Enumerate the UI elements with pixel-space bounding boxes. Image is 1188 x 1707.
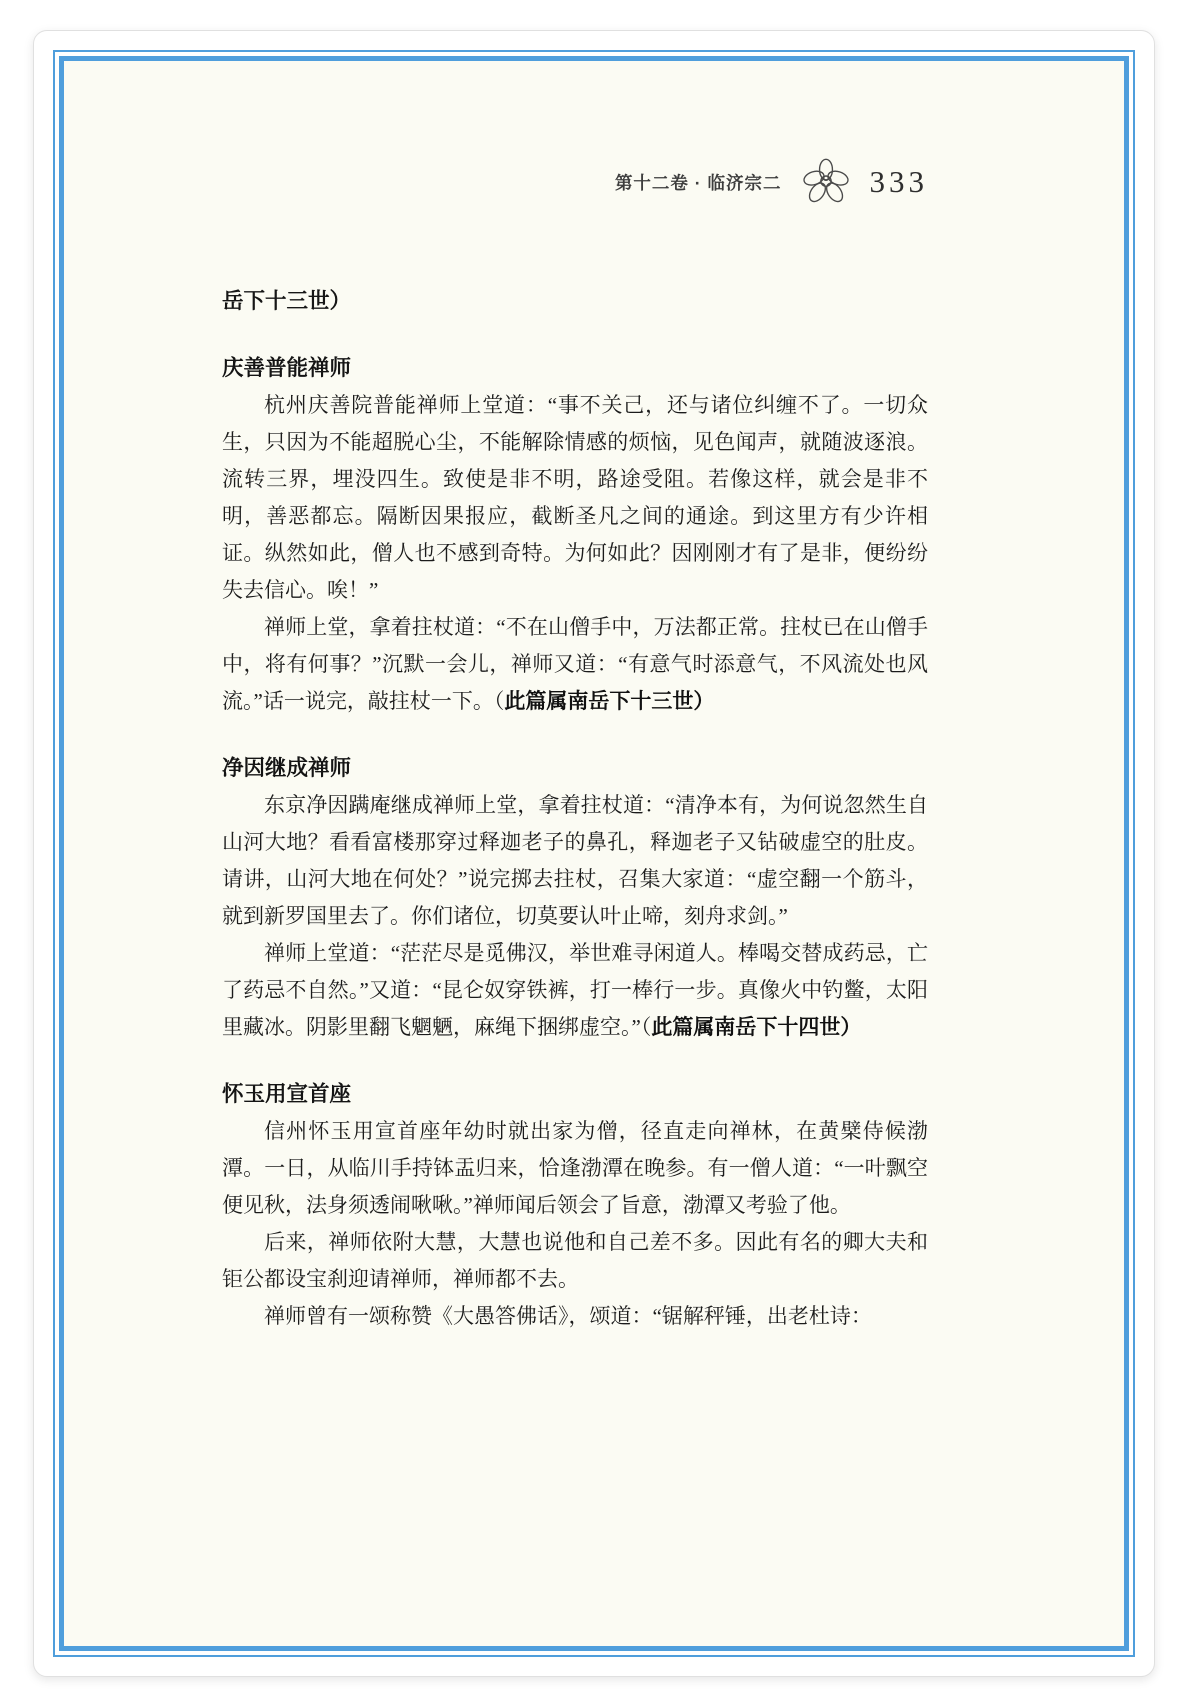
section-title: 庆善普能禅师 — [222, 350, 928, 387]
carryover-annotation: 岳下十三世） — [222, 283, 928, 320]
text-run: 后来，禅师依附大慧，大慧也说他和自己差不多。因此有名的卿大夫和钜公都设宝刹迎请禅… — [222, 1230, 928, 1291]
running-header: 第十二卷 · 临济宗二 333 — [222, 157, 928, 207]
paragraph: 信州怀玉用宣首座年幼时就出家为僧，径直走向禅林，在黄檗侍候渤潭。一日，从临川手持… — [222, 1113, 928, 1224]
section-title: 净因继成禅师 — [222, 750, 928, 787]
section-title: 怀玉用宣首座 — [222, 1076, 928, 1113]
section: 庆善普能禅师杭州庆善院普能禅师上堂道：“事不关己，还与诸位纠缠不了。一切众生，只… — [222, 350, 928, 720]
page-number: 333 — [870, 164, 929, 200]
section: 怀玉用宣首座信州怀玉用宣首座年幼时就出家为僧，径直走向禅林，在黄檗侍候渤潭。一日… — [222, 1076, 928, 1335]
book-page-card: 第十二卷 · 临济宗二 333 岳下十三世） 庆善普能禅师杭州庆善院普能禅师上堂 — [33, 30, 1155, 1677]
inner-frame-border: 第十二卷 · 临济宗二 333 岳下十三世） 庆善普能禅师杭州庆善院普能禅师上堂 — [59, 56, 1129, 1651]
section: 净因继成禅师东京净因蹒庵继成禅师上堂，拿着拄杖道：“清净本有，为何说忽然生自山河… — [222, 750, 928, 1046]
text-run: 信州怀玉用宣首座年幼时就出家为僧，径直走向禅林，在黄檗侍候渤潭。一日，从临川手持… — [222, 1119, 928, 1217]
paragraph: 东京净因蹒庵继成禅师上堂，拿着拄杖道：“清净本有，为何说忽然生自山河大地？看看富… — [222, 787, 928, 935]
paragraph: 禅师曾有一颂称赞《大愚答佛话》，颂道：“锯解秤锤，出老杜诗： — [222, 1298, 928, 1335]
text-run: 杭州庆善院普能禅师上堂道：“事不关己，还与诸位纠缠不了。一切众生，只因为不能超脱… — [222, 393, 928, 602]
paragraph: 禅师上堂道：“茫茫尽是觅佛汉，举世难寻闲道人。棒喝交替成药忌，亡了药忌不自然。”… — [222, 935, 928, 1046]
flower-icon — [798, 158, 854, 206]
text-run: 东京净因蹒庵继成禅师上堂，拿着拄杖道：“清净本有，为何说忽然生自山河大地？看看富… — [222, 793, 928, 928]
chapter-title: 第十二卷 · 临济宗二 — [615, 170, 782, 195]
paragraph: 后来，禅师依附大慧，大慧也说他和自己差不多。因此有名的卿大夫和钜公都设宝刹迎请禅… — [222, 1224, 928, 1298]
page-content: 第十二卷 · 临济宗二 333 岳下十三世） 庆善普能禅师杭州庆善院普能禅师上堂 — [64, 61, 1124, 1646]
lineage-annotation: 此篇属南岳下十四世） — [651, 1016, 861, 1039]
lineage-annotation: 此篇属南岳下十三世） — [504, 690, 714, 713]
paragraph: 杭州庆善院普能禅师上堂道：“事不关己，还与诸位纠缠不了。一切众生，只因为不能超脱… — [222, 387, 928, 609]
text-run: 禅师曾有一颂称赞《大愚答佛话》，颂道：“锯解秤锤，出老杜诗： — [264, 1304, 872, 1328]
paragraph: 禅师上堂，拿着拄杖道：“不在山僧手中，万法都正常。拄杖已在山僧手中，将有何事？”… — [222, 609, 928, 720]
sections: 庆善普能禅师杭州庆善院普能禅师上堂道：“事不关己，还与诸位纠缠不了。一切众生，只… — [222, 350, 928, 1335]
